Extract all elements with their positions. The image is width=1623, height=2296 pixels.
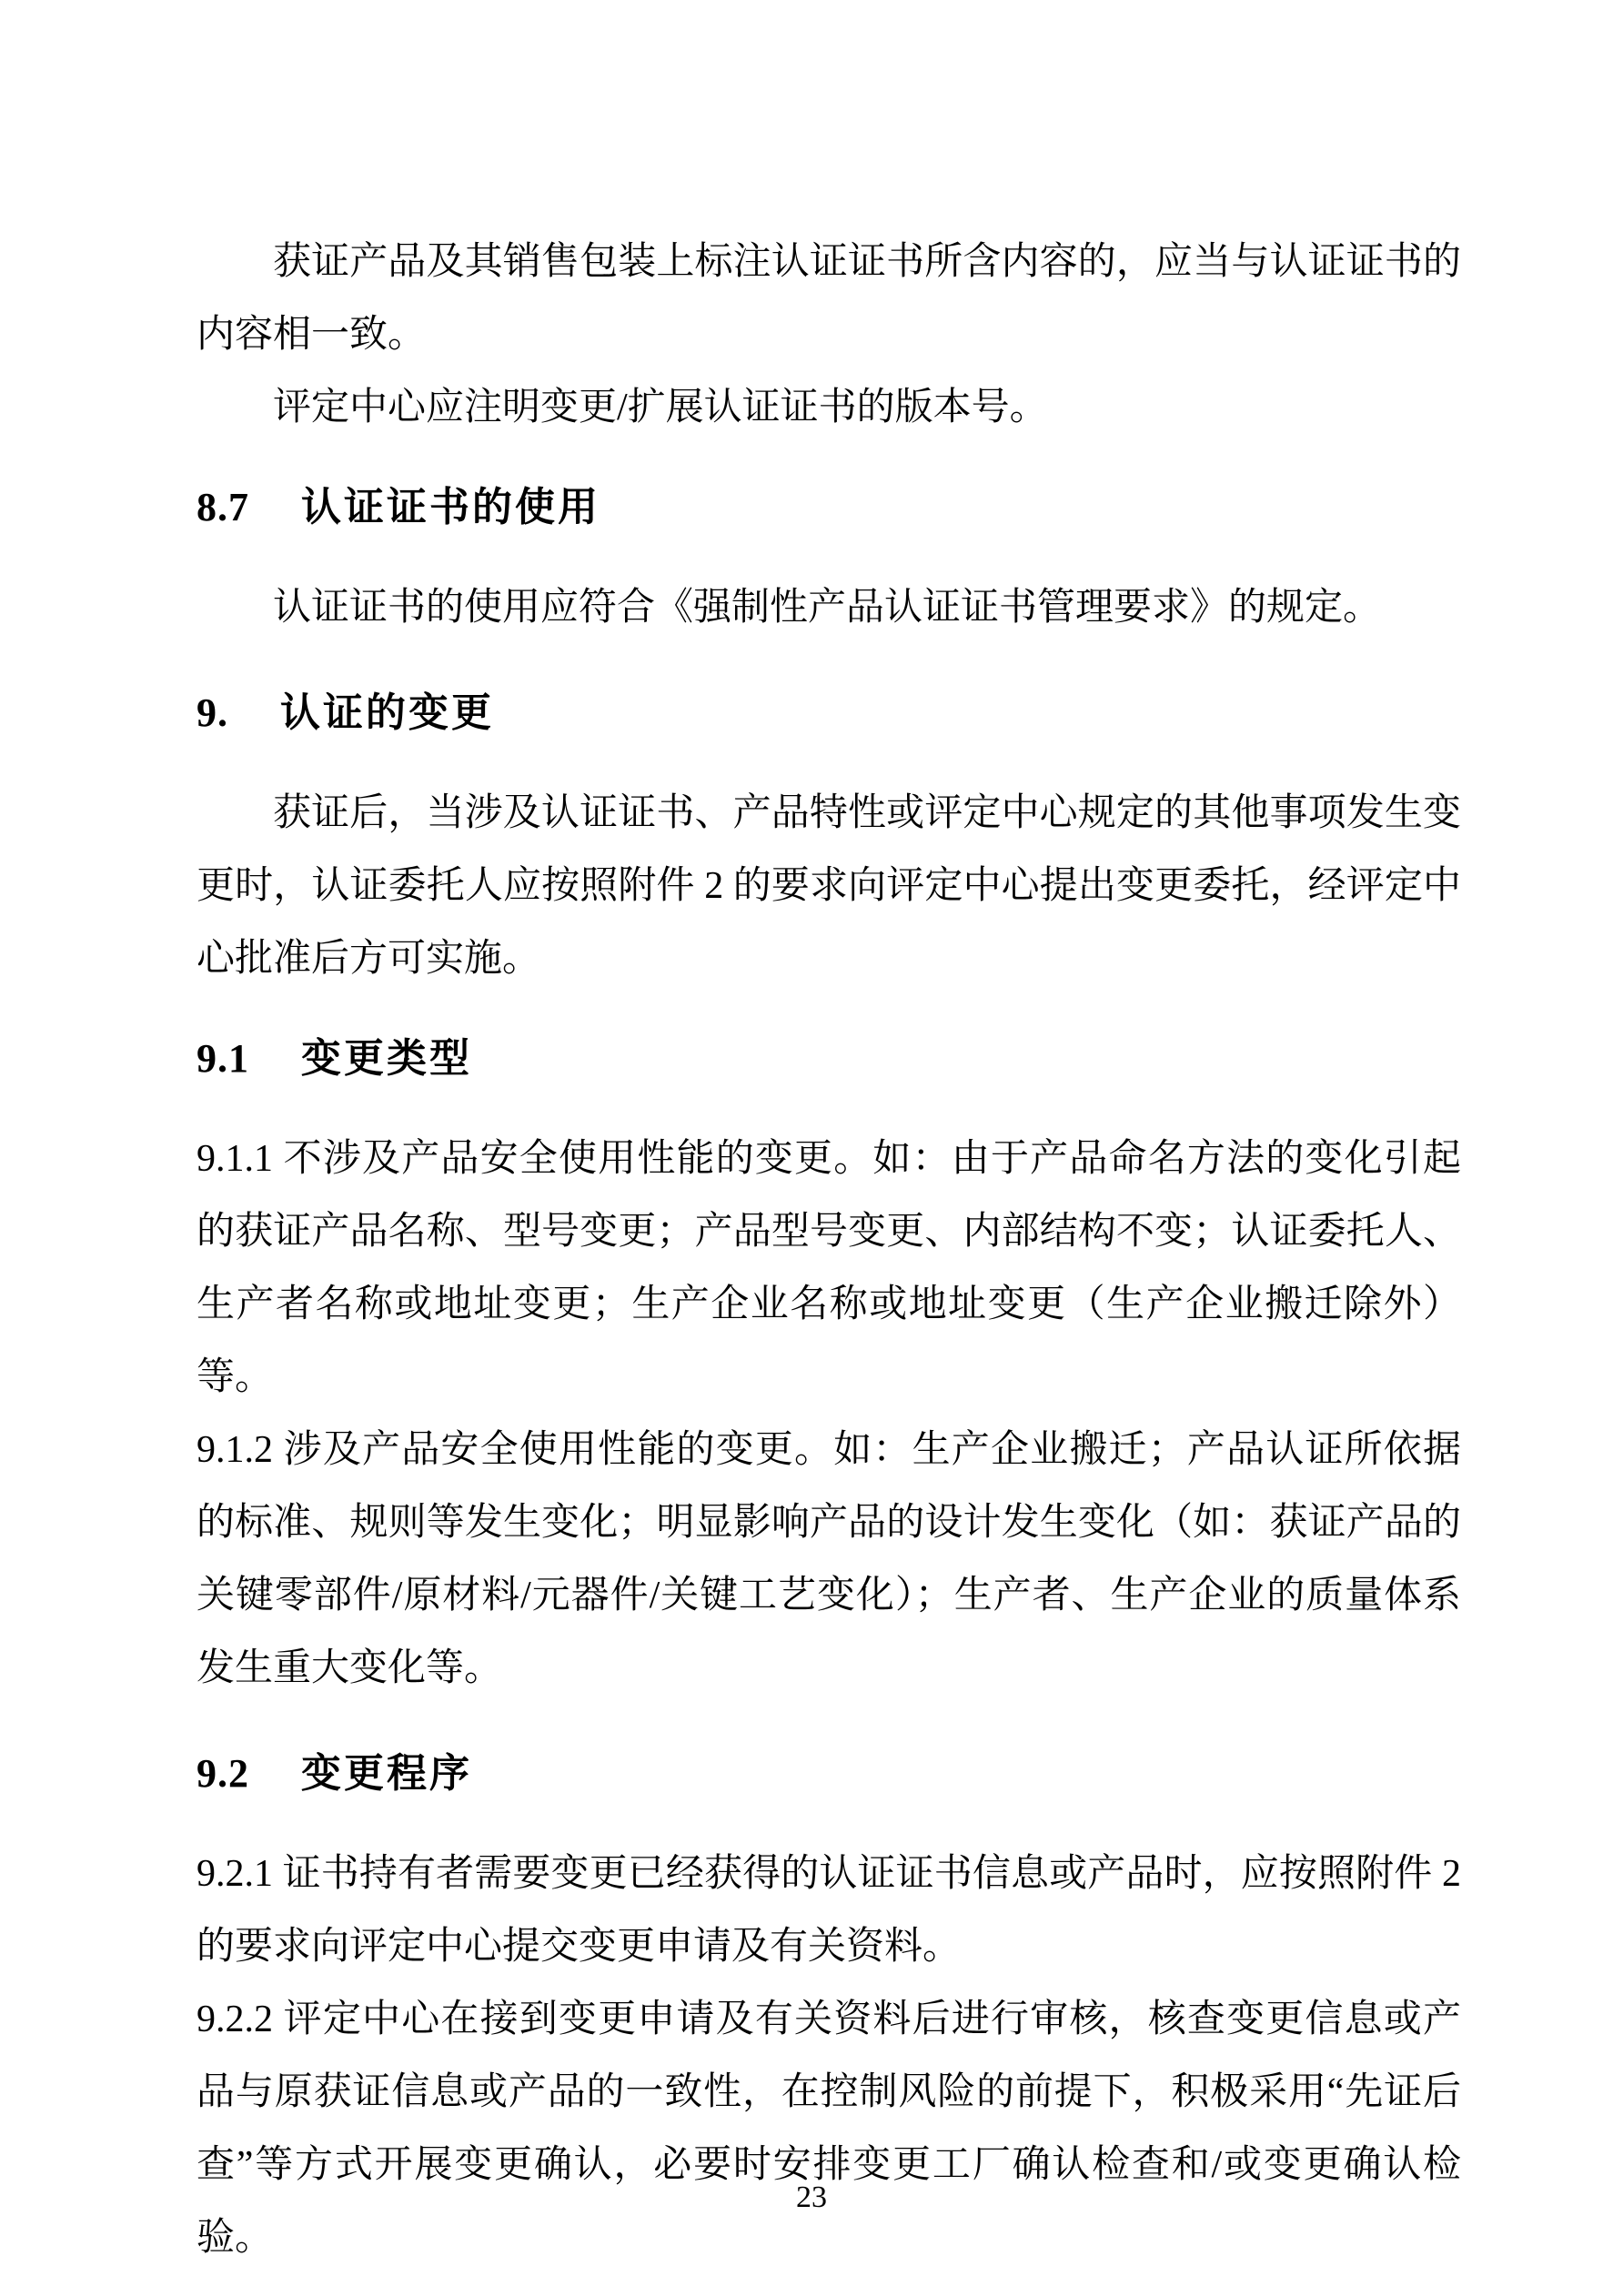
intro-paragraph-2: 评定中心应注明变更/扩展认证证书的版本号。 — [197, 371, 1461, 444]
intro-paragraph-1: 获证产品及其销售包装上标注认证证书所含内容的，应当与认证证书的内容相一致。 — [197, 226, 1461, 371]
section-number-9: 9. — [197, 690, 228, 735]
section-9-paragraph: 获证后，当涉及认证证书、产品特性或评定中心规定的其他事项发生变更时，认证委托人应… — [197, 777, 1461, 995]
section-title-9-1: 变更类型 — [301, 1036, 472, 1081]
section-title-9: 认证的变更 — [280, 690, 494, 735]
document-page: 获证产品及其销售包装上标注认证证书所含内容的，应当与认证证书的内容相一致。 评定… — [0, 0, 1623, 2296]
section-heading-9: 9. 认证的变更 — [197, 677, 1461, 750]
section-heading-9-1: 9.1 变更类型 — [197, 1022, 1461, 1095]
document-content: 获证产品及其销售包装上标注认证证书所含内容的，应当与认证证书的内容相一致。 评定… — [197, 226, 1461, 2274]
section-heading-9-2: 9.2 变更程序 — [197, 1737, 1461, 1810]
clause-9-2-1-paragraph: 9.2.1 证书持有者需要变更已经获得的认证证书信息或产品时，应按照附件 2 的… — [197, 1838, 1461, 1983]
clause-9-2-2-paragraph: 9.2.2 评定中心在接到变更申请及有关资料后进行审核，核查变更信息或产品与原获… — [197, 1983, 1461, 2274]
clause-9-1-2-paragraph: 9.1.2 涉及产品安全使用性能的变更。如：生产企业搬迁；产品认证所依据的标准、… — [197, 1414, 1461, 1705]
section-8-7-paragraph: 认证证书的使用应符合《强制性产品认证证书管理要求》的规定。 — [197, 571, 1461, 644]
section-heading-8-7: 8.7 认证证书的使用 — [197, 471, 1461, 544]
clause-9-1-1-paragraph: 9.1.1 不涉及产品安全使用性能的变更。如：由于产品命名方法的变化引起的获证产… — [197, 1123, 1461, 1414]
page-footer: 23 — [0, 2180, 1623, 2216]
page-number: 23 — [796, 2180, 827, 2214]
section-number-9-1: 9.1 — [197, 1036, 249, 1081]
section-title-8-7: 认证证书的使用 — [301, 485, 600, 529]
section-title-9-2: 变更程序 — [301, 1751, 472, 1796]
section-number-8-7: 8.7 — [197, 485, 249, 529]
section-number-9-2: 9.2 — [197, 1751, 249, 1796]
